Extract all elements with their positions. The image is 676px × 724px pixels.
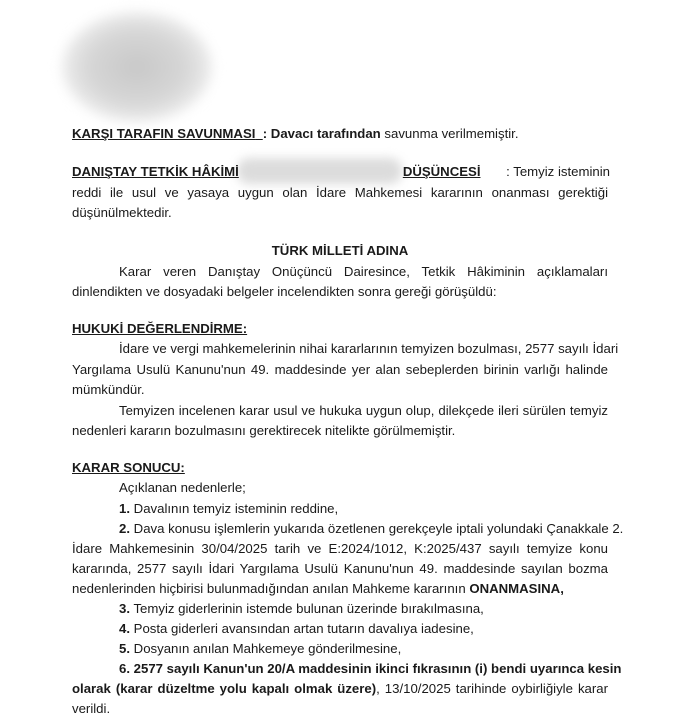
blurred-logo: [62, 12, 212, 122]
hukuki-p1-line-2: Yargılama Usulü Kanunu'nun 49. maddesind…: [72, 362, 608, 377]
karar-item-6-line-1: 6. 2577 sayılı Kanun'un 20/A maddesinin …: [72, 661, 608, 676]
savunma-colon: :: [263, 126, 271, 141]
intro-line-2: dinlendikten ve dosyadaki belgeler incel…: [72, 284, 608, 299]
karar-item-6-line-3: verildi.: [72, 701, 608, 716]
heading: TÜRK MİLLETİ ADINA: [72, 243, 608, 258]
karar-item-5: 5. Dosyanın anılan Mahkemeye gönderilmes…: [72, 641, 608, 656]
karar-item-3: 3. Temyiz giderlerinin istemde bulunan ü…: [72, 601, 608, 616]
savunma-label: KARŞI TARAFIN SAVUNMASI: [72, 126, 255, 141]
tetkik-label-end: DÜŞÜNCESİ: [403, 164, 481, 179]
karar-item-4: 4. Posta giderleri avansından artan tuta…: [72, 621, 608, 636]
hukuki-p1-line-1: İdare ve vergi mahkemelerinin nihai kara…: [72, 341, 608, 356]
tetkik-colon: : Temyiz isteminin: [506, 164, 610, 179]
karar-item-1: 1. Davalının temyiz isteminin reddine,: [72, 501, 608, 516]
tetkik-line-3: düşünülmektedir.: [72, 205, 608, 220]
karar-item-2-line-4: nedenlerinden hiçbirisi bulunmadığından …: [72, 581, 608, 596]
tetkik-label-start: DANIŞTAY TETKİK HÂKİMİ: [72, 164, 239, 179]
karar-item-6-line-2: olarak (karar düzeltme yolu kapalı olmak…: [72, 681, 608, 696]
karar-intro: Açıklanan nedenlerle;: [72, 480, 608, 495]
hukuki-p2-line-1: Temyizen incelenen karar usul ve hukuka …: [72, 403, 608, 418]
karar-item-2-line-1: 2. Dava konusu işlemlerin yukarıda özetl…: [72, 521, 608, 536]
hukuki-title: HUKUKİ DEĞERLENDİRME:: [72, 321, 608, 336]
tetkik-line-1: DANIŞTAY TETKİK HÂKİMİDÜŞÜNCESİ : Temyiz…: [72, 164, 608, 179]
hukuki-p1-line-3: mümkündür.: [72, 382, 608, 397]
hukuki-p2-line-2: nedenleri kararın bozulmasını gerektirec…: [72, 423, 608, 438]
karar-item-2-line-3: kararında, 2577 sayılı İdari Yargılama U…: [72, 561, 608, 576]
karar-item-2-line-2: İdare Mahkemesinin 30/04/2025 tarih ve E…: [72, 541, 608, 556]
tetkik-line-2: reddi ile usul ve yasaya uygun olan İdar…: [72, 185, 608, 200]
savunma-bold: Davacı tarafından: [271, 126, 381, 141]
savunma-rest: savunma verilmemiştir.: [381, 126, 519, 141]
onanmasina: ONANMASINA,: [469, 581, 564, 596]
karar-title: KARAR SONUCU:: [72, 460, 608, 475]
intro-line-1: Karar veren Danıştay Onüçüncü Dairesince…: [72, 264, 608, 279]
savunma-line: KARŞI TARAFIN SAVUNMASI : Davacı tarafın…: [72, 126, 608, 141]
